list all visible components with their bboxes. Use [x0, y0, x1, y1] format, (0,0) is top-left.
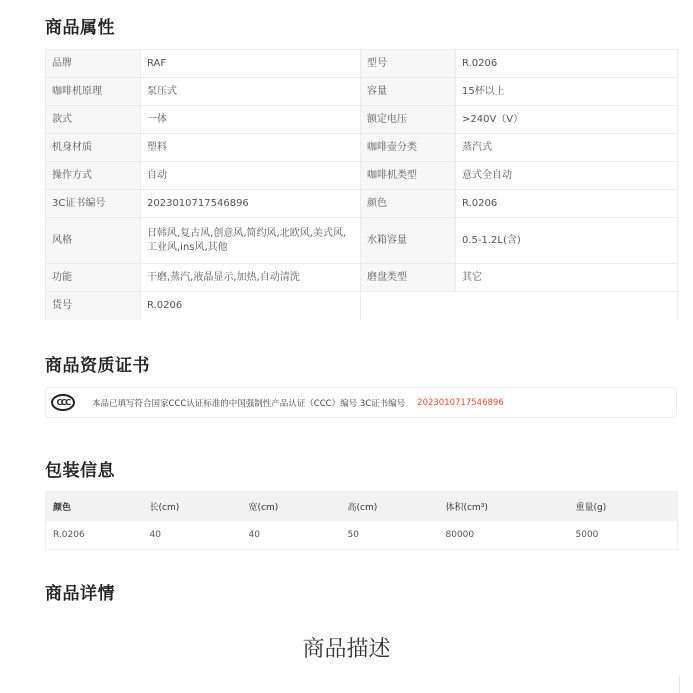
certificate-number: 2023010717546896 — [417, 398, 504, 408]
attr-value: R.0206 — [456, 50, 678, 78]
section-title-details: 商品详情 — [45, 579, 115, 604]
attr-key: 机身材质 — [46, 134, 141, 162]
table-cell: 50 — [341, 521, 439, 550]
attr-key: 货号 — [46, 292, 141, 320]
column-header: 颜色 — [46, 492, 143, 521]
attr-value: 一体 — [141, 106, 361, 134]
table-cell: R.0206 — [46, 521, 143, 550]
attr-value: 意式全自动 — [456, 162, 678, 190]
table-cell: 80000 — [439, 521, 569, 550]
ccc-mark-icon: CCC — [51, 394, 75, 411]
table-cell: 40 — [242, 521, 341, 550]
attr-value: 塑料 — [141, 134, 361, 162]
table-row: 咖啡机原理 泵压式 容量 15杯以上 — [46, 78, 678, 106]
attr-value: 0.5-1.2L(含) — [456, 218, 678, 264]
attr-value: 泵压式 — [141, 78, 361, 106]
table-row: 品牌 RAF 型号 R.0206 — [46, 50, 678, 78]
certificate-box: CCC 本品已填写符合国家CCC认证标准的中国强制性产品认证（CCC）编号 3C… — [45, 387, 677, 418]
attr-key: 3C证书编号 — [46, 190, 141, 218]
attr-key: 功能 — [46, 264, 141, 292]
description-heading: 商品描述 — [0, 632, 693, 663]
attr-key: 咖啡壶分类 — [361, 134, 456, 162]
table-header-row: 颜色 长(cm) 宽(cm) 高(cm) 体积(cm³) 重量(g) — [46, 492, 678, 521]
section-title-packaging: 包装信息 — [45, 456, 115, 481]
attr-value: RAF — [141, 50, 361, 78]
attr-value: 自动 — [141, 162, 361, 190]
attr-key: 咖啡机类型 — [361, 162, 456, 190]
section-title-attributes: 商品属性 — [45, 13, 115, 38]
attr-key: 品牌 — [46, 50, 141, 78]
column-header: 重量(g) — [569, 492, 678, 521]
attr-key: 磨盘类型 — [361, 264, 456, 292]
attr-key: 额定电压 — [361, 106, 456, 134]
attr-value: >240V（V） — [456, 106, 678, 134]
attr-value: 蒸汽式 — [456, 134, 678, 162]
table-row: 款式 一体 额定电压 >240V（V） — [46, 106, 678, 134]
attr-value: 其它 — [456, 264, 678, 292]
attr-value: 干磨,蒸汽,液晶显示,加热,自动清洗 — [141, 264, 361, 292]
table-row: R.0206 40 40 50 80000 5000 — [46, 521, 678, 550]
table-row: 货号 R.0206 — [46, 292, 678, 320]
attr-key: 颜色 — [361, 190, 456, 218]
attr-value: 15杯以上 — [456, 78, 678, 106]
attr-value: 日韩风,复古风,创意风,简约风,北欧风,美式风,工业风,ins风,其他 — [141, 218, 361, 264]
attr-key: 容量 — [361, 78, 456, 106]
attr-value: R.0206 — [141, 292, 361, 320]
section-title-certificate: 商品资质证书 — [45, 351, 150, 376]
table-row: 功能 干磨,蒸汽,液晶显示,加热,自动清洗 磨盘类型 其它 — [46, 264, 678, 292]
empty-cell — [456, 292, 678, 320]
divider — [679, 676, 680, 693]
attr-key: 款式 — [46, 106, 141, 134]
column-header: 高(cm) — [341, 492, 439, 521]
table-cell: 40 — [143, 521, 242, 550]
table-cell: 5000 — [569, 521, 678, 550]
attr-key: 操作方式 — [46, 162, 141, 190]
attr-key: 水箱容量 — [361, 218, 456, 264]
certificate-text: 本品已填写符合国家CCC认证标准的中国强制性产品认证（CCC）编号 3C证书编号 — [92, 397, 405, 409]
empty-cell — [361, 292, 456, 320]
attr-value: R.0206 — [456, 190, 678, 218]
column-header: 长(cm) — [143, 492, 242, 521]
attr-key: 风格 — [46, 218, 141, 264]
attr-value: 2023010717546896 — [141, 190, 361, 218]
attr-key: 型号 — [361, 50, 456, 78]
attr-key: 咖啡机原理 — [46, 78, 141, 106]
attributes-table: 品牌 RAF 型号 R.0206 咖啡机原理 泵压式 容量 15杯以上 款式 一… — [45, 49, 678, 320]
column-header: 体积(cm³) — [439, 492, 569, 521]
table-row: 操作方式 自动 咖啡机类型 意式全自动 — [46, 162, 678, 190]
table-row: 风格 日韩风,复古风,创意风,简约风,北欧风,美式风,工业风,ins风,其他 水… — [46, 218, 678, 264]
table-row: 机身材质 塑料 咖啡壶分类 蒸汽式 — [46, 134, 678, 162]
column-header: 宽(cm) — [242, 492, 341, 521]
table-row: 3C证书编号 2023010717546896 颜色 R.0206 — [46, 190, 678, 218]
packaging-table: 颜色 长(cm) 宽(cm) 高(cm) 体积(cm³) 重量(g) R.020… — [45, 491, 678, 550]
